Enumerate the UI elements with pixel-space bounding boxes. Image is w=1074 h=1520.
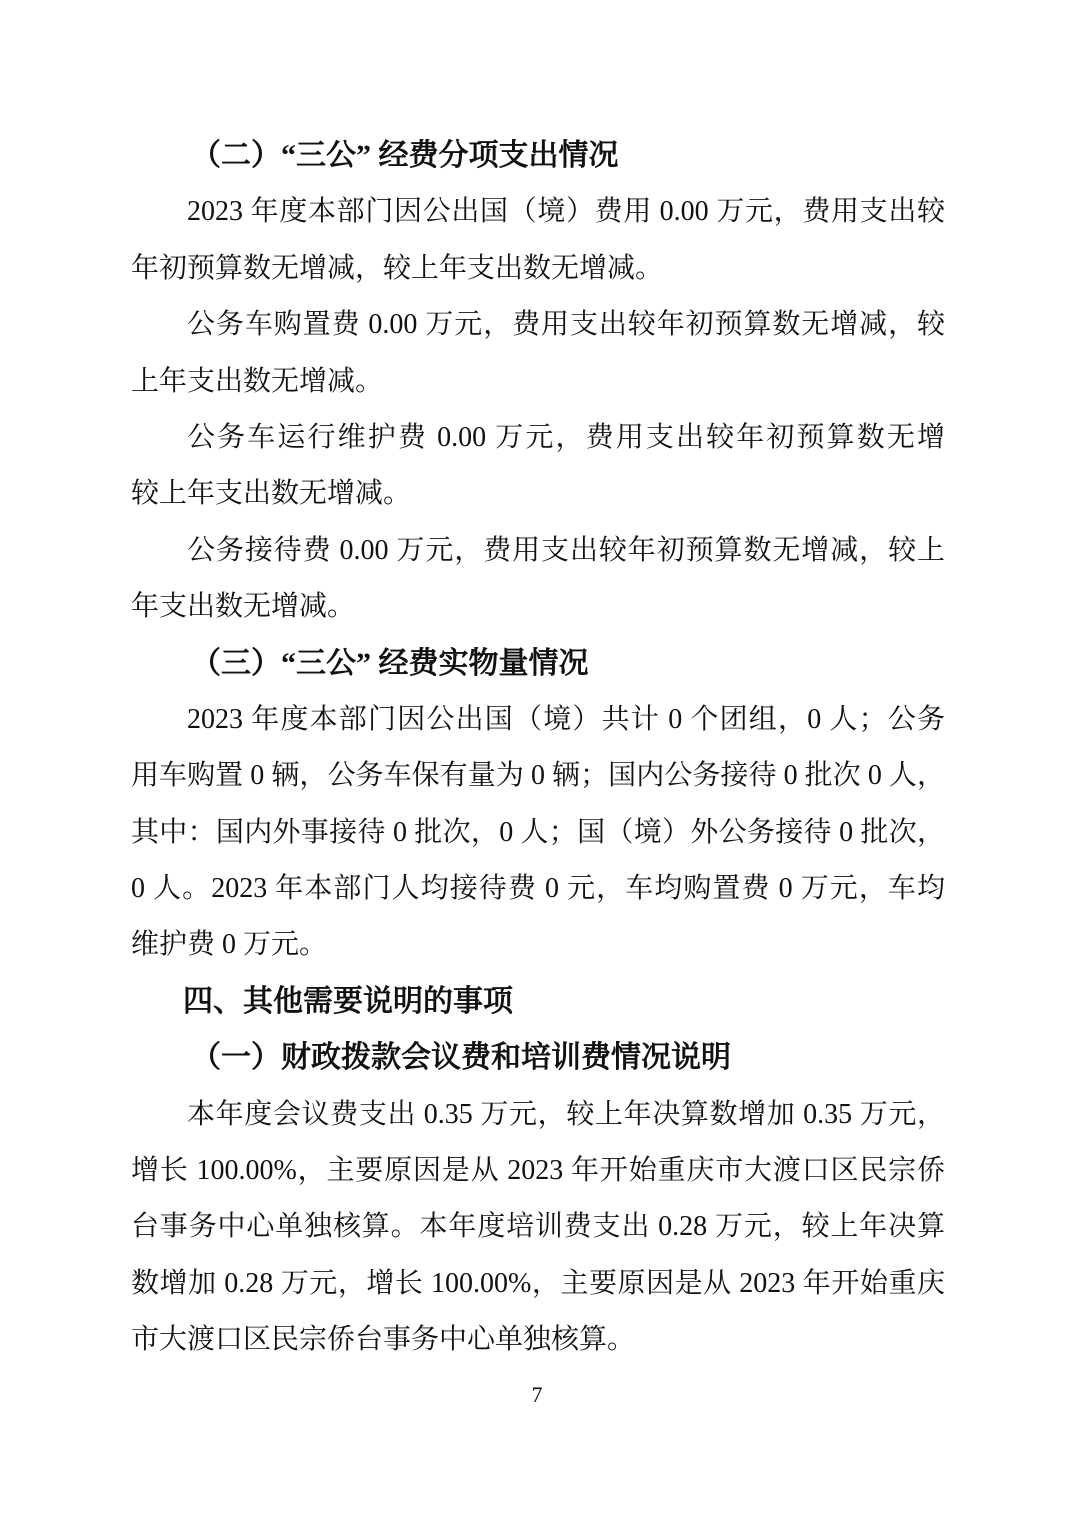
text-line: 公务车购置费 0.00 万元，费用支出较年初预算数无增减，较 bbox=[131, 297, 945, 353]
text-line: 2023 年度本部门因公出国（境）费用 0.00 万元，费用支出较 bbox=[131, 184, 945, 240]
text-line: 公务车运行维护费 0.00 万元，费用支出较年初预算数无增减， bbox=[131, 410, 945, 466]
text-line: 上年支出数无增减。 bbox=[131, 354, 945, 410]
text-line: 维护费 0 万元。 bbox=[131, 917, 945, 973]
section-heading: （二）“三公” 经费分项支出情况 bbox=[131, 128, 945, 184]
text-line: 数增加 0.28 万元，增长 100.00%，主要原因是从 2023 年开始重庆 bbox=[131, 1256, 945, 1312]
text-line: 2023 年度本部门因公出国（境）共计 0 个团组，0 人；公务 bbox=[131, 692, 945, 748]
text-line: 其中：国内外事接待 0 批次，0 人；国（境）外公务接待 0 批次， bbox=[131, 805, 945, 861]
text-line: 本年度会议费支出 0.35 万元，较上年决算数增加 0.35 万元， bbox=[131, 1087, 945, 1143]
text-line: 增长 100.00%，主要原因是从 2023 年开始重庆市大渡口区民宗侨 bbox=[131, 1143, 945, 1199]
document-page: （二）“三公” 经费分项支出情况2023 年度本部门因公出国（境）费用 0.00… bbox=[0, 0, 1074, 1520]
section-heading: （三）“三公” 经费实物量情况 bbox=[131, 636, 945, 692]
text-line: 年支出数无增减。 bbox=[131, 579, 945, 635]
text-line: 市大渡口区民宗侨台事务中心单独核算。 bbox=[131, 1312, 945, 1368]
text-line: 台事务中心单独核算。本年度培训费支出 0.28 万元，较上年决算 bbox=[131, 1199, 945, 1255]
text-line: 较上年支出数无增减。 bbox=[131, 466, 945, 522]
text-line: 用车购置 0 辆，公务车保有量为 0 辆；国内公务接待 0 批次 0 人， bbox=[131, 748, 945, 804]
text-line: 年初预算数无增减，较上年支出数无增减。 bbox=[131, 241, 945, 297]
page-number: 7 bbox=[0, 1380, 1074, 1410]
text-line: 公务接待费 0.00 万元，费用支出较年初预算数无增减，较上 bbox=[131, 523, 945, 579]
section-heading: 四、其他需要说明的事项 bbox=[131, 974, 945, 1030]
document-content: （二）“三公” 经费分项支出情况2023 年度本部门因公出国（境）费用 0.00… bbox=[131, 128, 945, 1369]
section-heading: （一）财政拨款会议费和培训费情况说明 bbox=[131, 1030, 945, 1086]
text-line: 0 人。2023 年本部门人均接待费 0 元，车均购置费 0 万元，车均 bbox=[131, 861, 945, 917]
